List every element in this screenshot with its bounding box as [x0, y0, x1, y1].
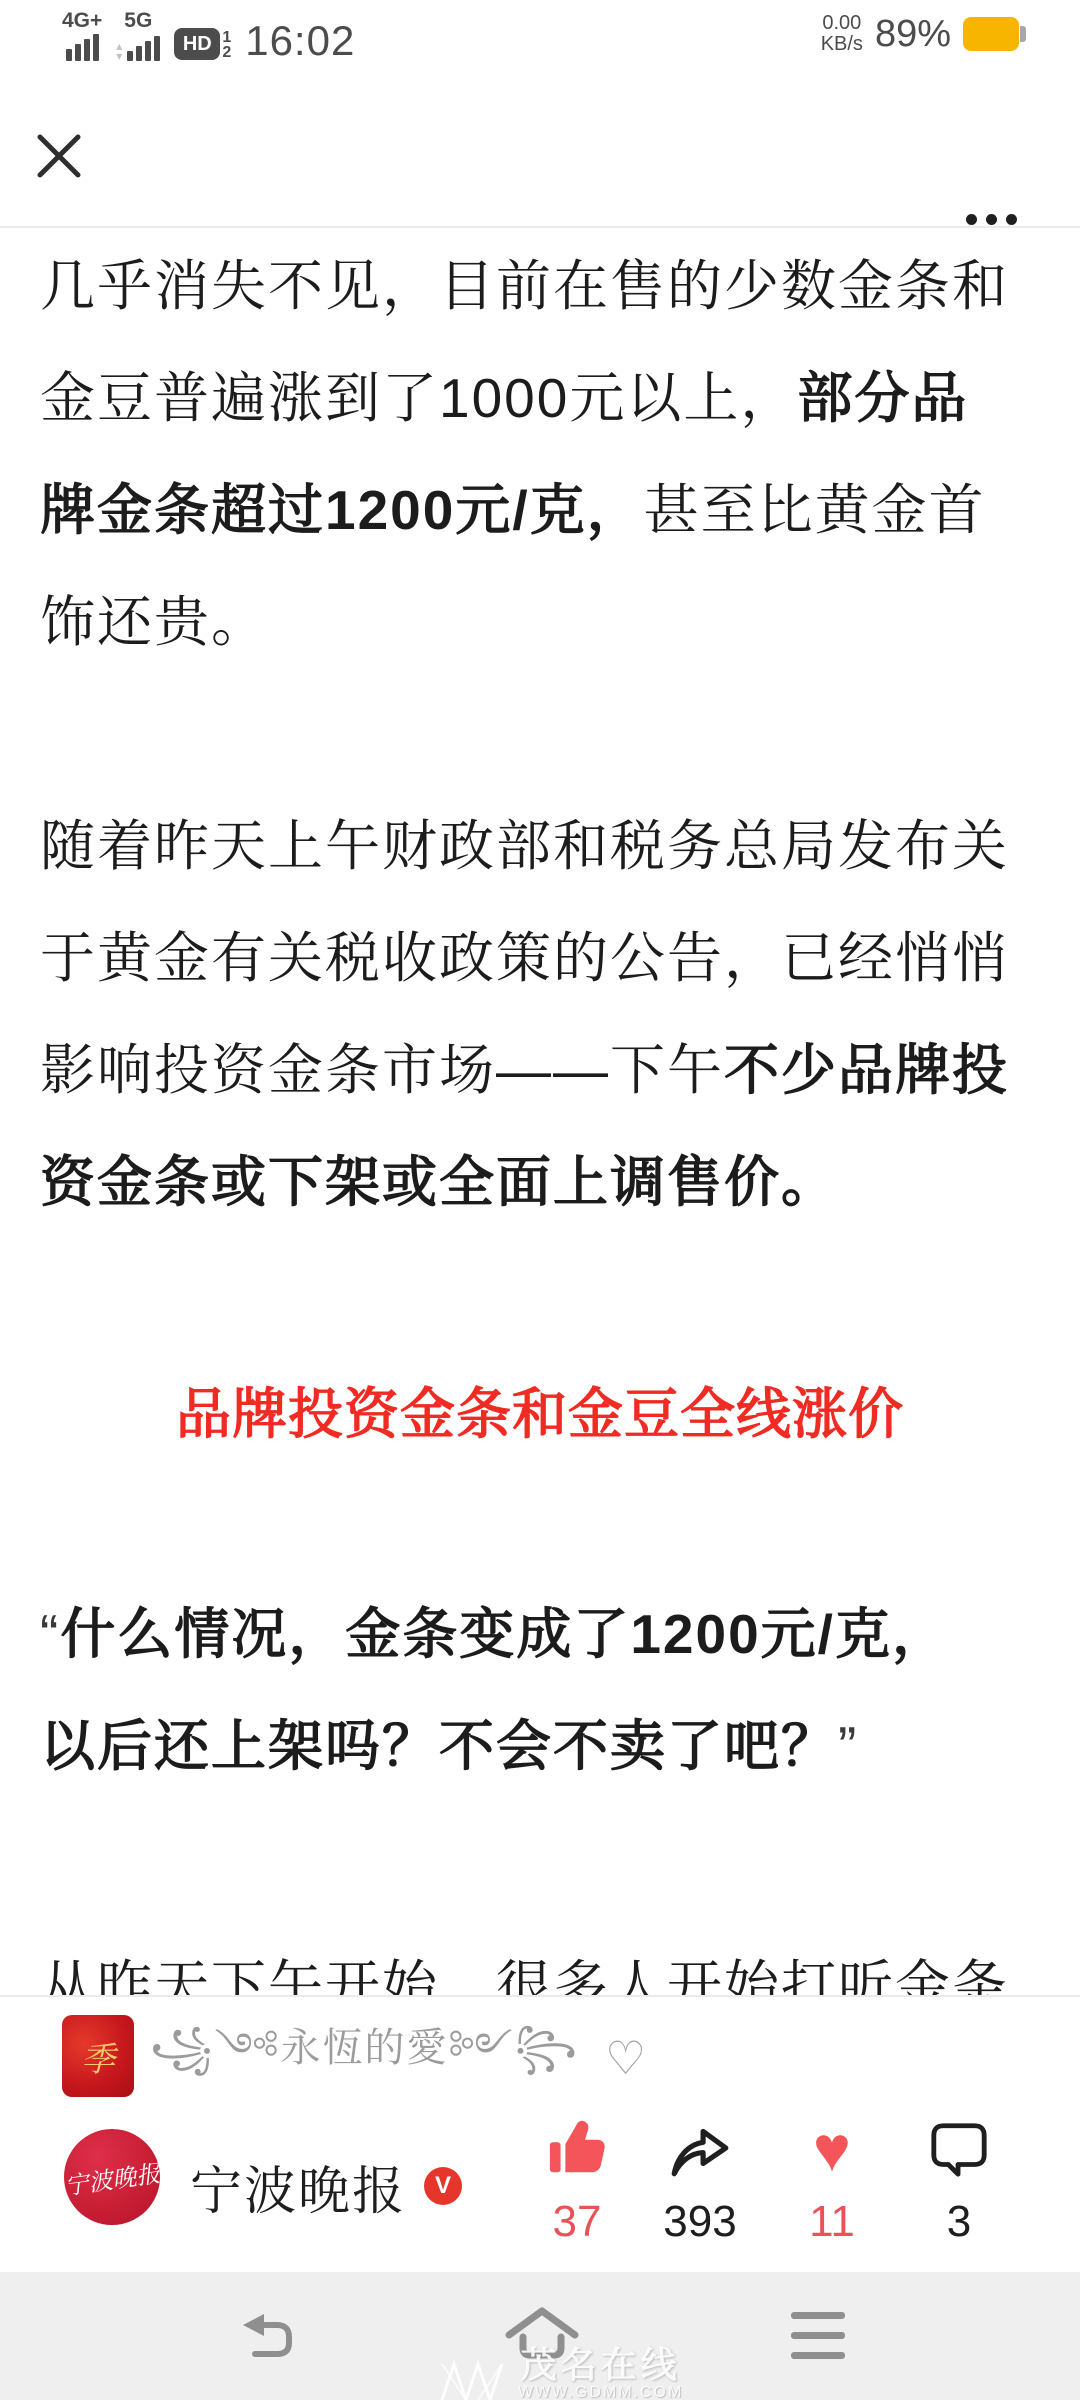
battery-percent: 89% [875, 13, 951, 56]
paragraph-1: 几乎消失不见，目前在售的少数金条和 金豆普遍涨到了1000元以上，部分品 牌金条… [40, 230, 1040, 678]
network-speed: 0.00 KB/s [821, 13, 863, 55]
status-bar: 4G+ 5G ▴▾ HD 1 2 16:02 0.00 KB/s [0, 0, 1080, 70]
article-header [0, 70, 1080, 228]
article-line: 以后还上架吗？不会不卖了吧？” [40, 1690, 1040, 1802]
close-icon [34, 131, 84, 181]
comment-bubble-icon [928, 2115, 990, 2183]
heart-outline-icon: ♡ [605, 2031, 646, 2085]
quote-paragraph: “什么情况，金条变成了1200元/克， 以后还上架吗？不会不卖了吧？” [40, 1578, 1040, 1802]
article-line: 几乎消失不见，目前在售的少数金条和 [40, 230, 1040, 342]
share-arrow-icon [667, 2115, 733, 2183]
heart-icon: ♥ [813, 2119, 851, 2179]
watermark-logo-icon [440, 2358, 506, 2400]
watermark: 茂名在线 WWW.GDMM.COM [440, 2346, 683, 2400]
clock: 16:02 [245, 17, 355, 65]
hd-sim1: 1 [222, 30, 231, 45]
share-button[interactable]: 393 [640, 2115, 760, 2247]
avatar-glyph: 季 [81, 2032, 115, 2081]
article-line: “什么情况，金条变成了1200元/克， [40, 1578, 1040, 1690]
article-body: 几乎消失不见，目前在售的少数金条和 金豆普遍涨到了1000元以上，部分品 牌金条… [0, 230, 1080, 2070]
nav-menu-button[interactable] [791, 2312, 845, 2359]
like-count: 37 [553, 2197, 602, 2247]
comment-count: 3 [947, 2197, 971, 2247]
hd-sim2: 2 [222, 45, 231, 60]
article-line: 资金条或下架或全面上调售价。 [40, 1126, 1040, 1238]
article-line: 金豆普遍涨到了1000元以上，部分品 [40, 342, 1040, 454]
signal-bars-icon [66, 34, 99, 61]
signal-bars-icon: ▴▾ [116, 34, 160, 61]
signal-4g: 4G+ [62, 10, 102, 61]
watermark-site-url: WWW.GDMM.COM [518, 2384, 683, 2400]
article-line: 随着昨天上午财政部和税务总局发布关 [40, 790, 1040, 902]
share-count: 393 [663, 2197, 736, 2247]
commenter-username: ꧁༺永恆的愛༻꧂ [150, 2002, 579, 2115]
more-button[interactable] [966, 214, 1017, 225]
back-icon [241, 2312, 299, 2360]
comment-button[interactable]: 3 [899, 2115, 1019, 2247]
paragraph-2: 随着昨天上午财政部和税务总局发布关 于黄金有关税收政策的公告，已经悄悄 影响投资… [40, 790, 1040, 1238]
signal-5g: 5G ▴▾ [116, 10, 160, 61]
network-type-label: 4G+ [62, 10, 102, 32]
article-line: 影响投资金条市场——下午不少品牌投 [40, 1014, 1040, 1126]
battery-icon [963, 17, 1026, 51]
article-line: 于黄金有关税收政策的公告，已经悄悄 [40, 902, 1040, 1014]
article-line: 牌金条超过1200元/克，甚至比黄金首 [40, 454, 1040, 566]
close-button[interactable] [34, 131, 84, 181]
menu-icon [791, 2312, 845, 2319]
article-line: 饰还贵。 [40, 566, 1040, 678]
publisher-avatar[interactable]: 宁波晚报 [64, 2129, 160, 2225]
network-type-label: 5G [124, 10, 152, 32]
like-button[interactable]: 37 [517, 2115, 637, 2247]
nav-back-button[interactable] [241, 2312, 299, 2365]
thumbs-up-icon [546, 2115, 608, 2183]
system-navbar: 茂名在线 WWW.GDMM.COM [0, 2272, 1080, 2400]
section-heading: 品牌投资金条和金豆全线涨价 [40, 1358, 1040, 1470]
favorite-count: 11 [809, 2197, 855, 2247]
data-arrows-icon: ▴▾ [116, 41, 122, 61]
watermark-site-name: 茂名在线 [521, 2346, 681, 2384]
publisher-name[interactable]: 宁波晚报 [190, 2149, 406, 2224]
favorite-button[interactable]: ♥ 11 [772, 2115, 892, 2247]
commenter-avatar[interactable]: 季 [62, 2015, 134, 2097]
bottom-panel: 季 ꧁༺永恆的愛༻꧂ ♡ 宁波晚报 宁波晚报 V 37 393 ♥ 11 [0, 1995, 1080, 2272]
volte-hd-icon: HD 1 2 [174, 28, 231, 60]
more-icon [966, 214, 977, 225]
comment-row[interactable]: ꧁༺永恆的愛༻꧂ ♡ [150, 2015, 646, 2101]
publisher-avatar-text: 宁波晚报 [64, 2153, 160, 2201]
verified-badge: V [424, 2167, 462, 2205]
